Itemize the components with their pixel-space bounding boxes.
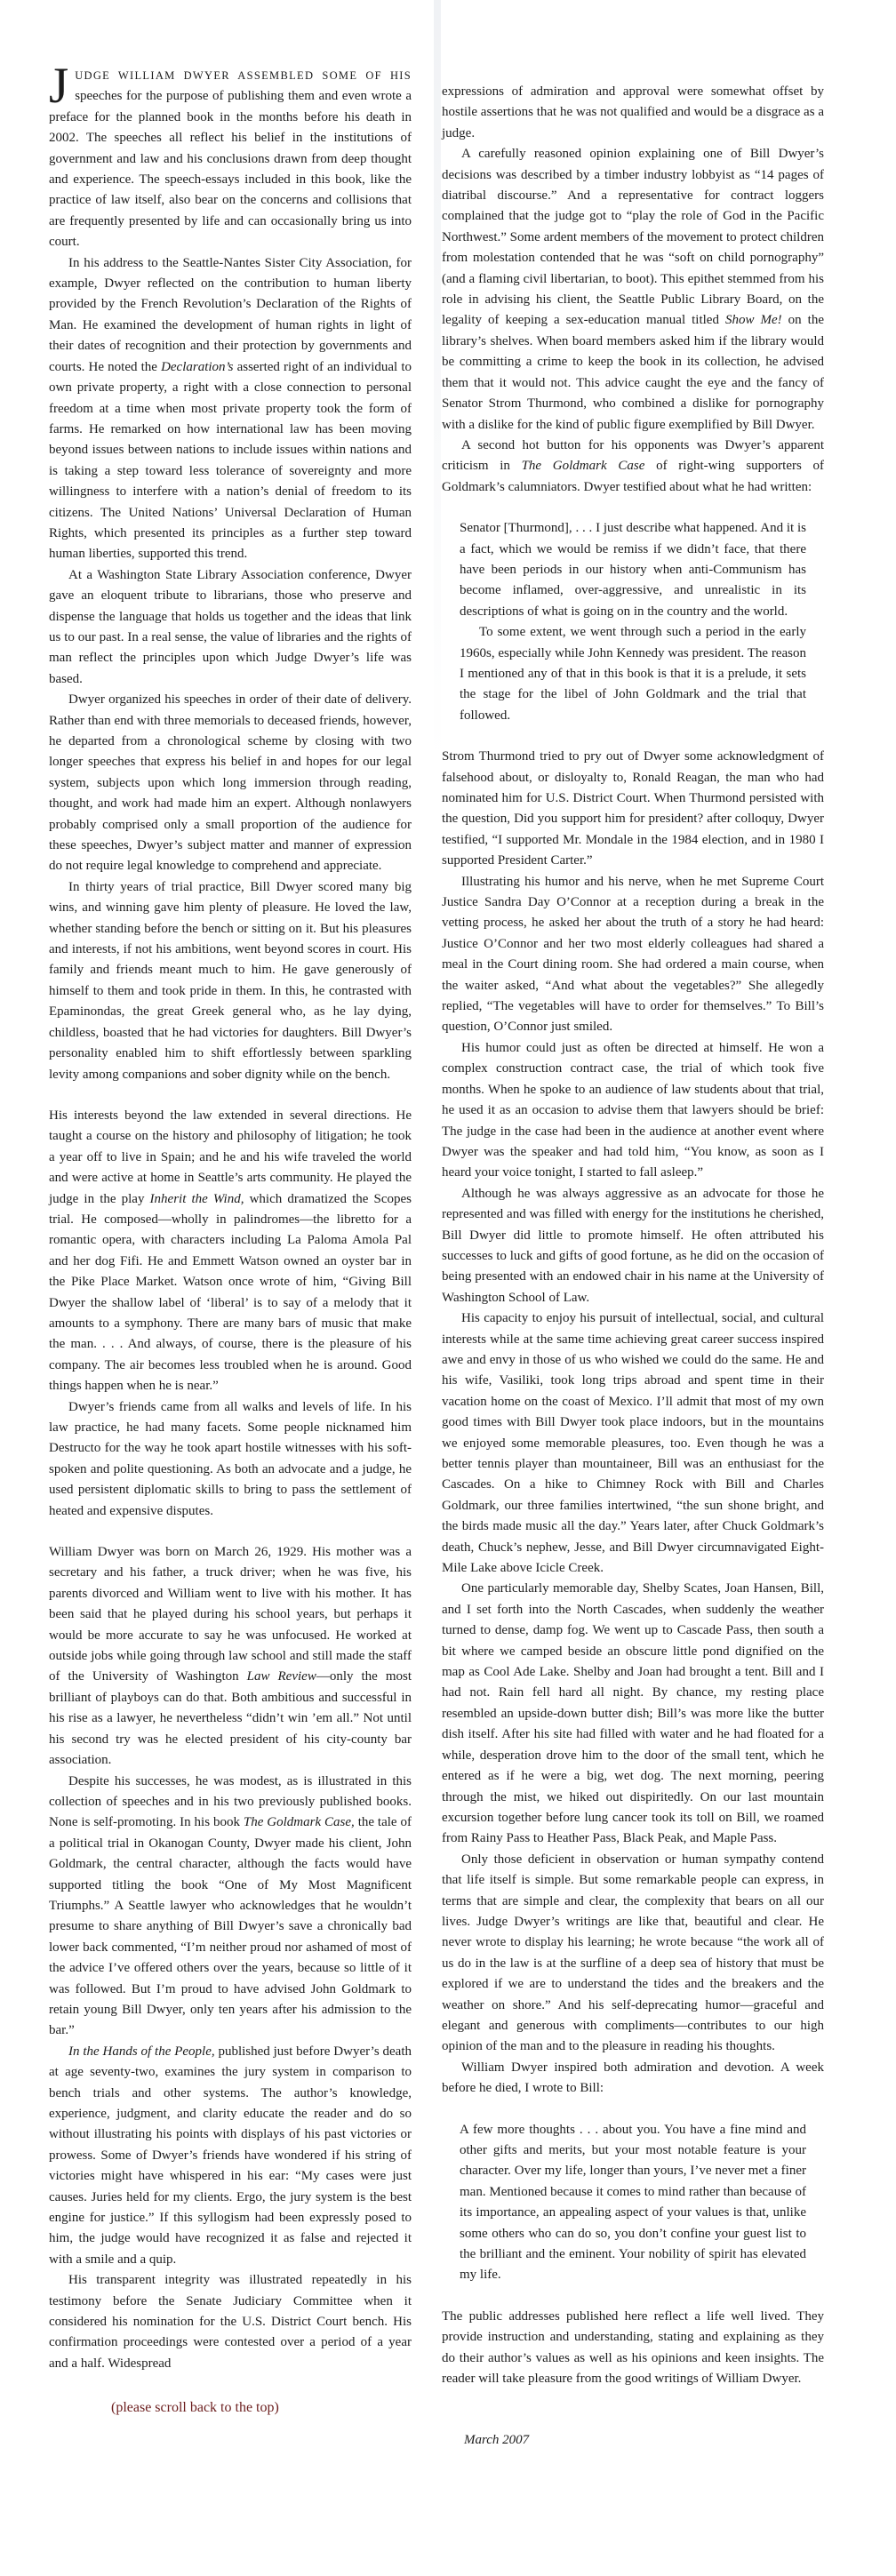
paragraph: A carefully reasoned opinion explaining … xyxy=(442,144,824,436)
paragraph: At a Washington State Library Associatio… xyxy=(49,565,412,690)
paragraph: In the Hands of the People, published ju… xyxy=(49,2042,412,2270)
paragraph: His transparent integrity was illustrate… xyxy=(49,2270,412,2374)
opening-paragraph: JUDGE WILLIAM DWYER ASSEMBLED SOME OF HI… xyxy=(49,66,412,253)
left-column: JUDGE WILLIAM DWYER ASSEMBLED SOME OF HI… xyxy=(49,66,412,2419)
date-text: March 2007 xyxy=(464,2433,529,2447)
paragraph: Strom Thurmond tried to pry out of Dwyer… xyxy=(442,747,824,871)
book-page: JUDGE WILLIAM DWYER ASSEMBLED SOME OF HI… xyxy=(0,0,896,2576)
date-line: March 2007 xyxy=(464,2430,824,2451)
paragraph: William Dwyer was born on March 26, 1929… xyxy=(49,1542,412,1771)
paragraph: Despite his successes, he was modest, as… xyxy=(49,1772,412,2042)
paragraph: Illustrating his humor and his nerve, wh… xyxy=(442,872,824,1038)
quote-paragraph: Senator [Thurmond], . . . I just describ… xyxy=(460,518,806,622)
paragraph: In thirty years of trial practice, Bill … xyxy=(49,877,412,1085)
right-column-paragraphs: expressions of admiration and approval w… xyxy=(442,82,824,2389)
scroll-to-top-link[interactable]: (please scroll back to the top) xyxy=(111,2397,412,2418)
left-column-paragraphs: In his address to the Seattle-Nantes Sis… xyxy=(49,253,412,2375)
paragraph: A second hot button for his opponents wa… xyxy=(442,436,824,498)
paragraph: William Dwyer inspired both admiration a… xyxy=(442,2058,824,2100)
dropcap-letter: J xyxy=(49,66,75,107)
scan-gutter-artifact xyxy=(434,0,441,764)
paragraph: Dwyer organized his speeches in order of… xyxy=(49,690,412,877)
paragraph: In his address to the Seattle-Nantes Sis… xyxy=(49,253,412,565)
paragraph: His interests beyond the law extended in… xyxy=(49,1106,412,1397)
opening-text: speeches for the purpose of publishing t… xyxy=(49,89,412,249)
paragraph: Only those deficient in observation or h… xyxy=(442,1850,824,2058)
paragraph: One particularly memorable day, Shelby S… xyxy=(442,1579,824,1849)
opening-small-caps: UDGE WILLIAM DWYER ASSEMBLED SOME OF HIS xyxy=(75,69,412,82)
paragraph: Although he was always aggressive as an … xyxy=(442,1184,824,1308)
paragraph: His humor could just as often be directe… xyxy=(442,1038,824,1184)
paragraph: expressions of admiration and approval w… xyxy=(442,82,824,144)
paragraph: The public addresses published here refl… xyxy=(442,2307,824,2390)
right-column: expressions of admiration and approval w… xyxy=(442,82,824,2452)
quote-paragraph: To some extent, we went through such a p… xyxy=(460,622,806,726)
quote-paragraph: A few more thoughts . . . about you. You… xyxy=(460,2120,806,2286)
paragraph: Dwyer’s friends came from all walks and … xyxy=(49,1397,412,1522)
paragraph: His capacity to enjoy his pursuit of int… xyxy=(442,1308,824,1579)
